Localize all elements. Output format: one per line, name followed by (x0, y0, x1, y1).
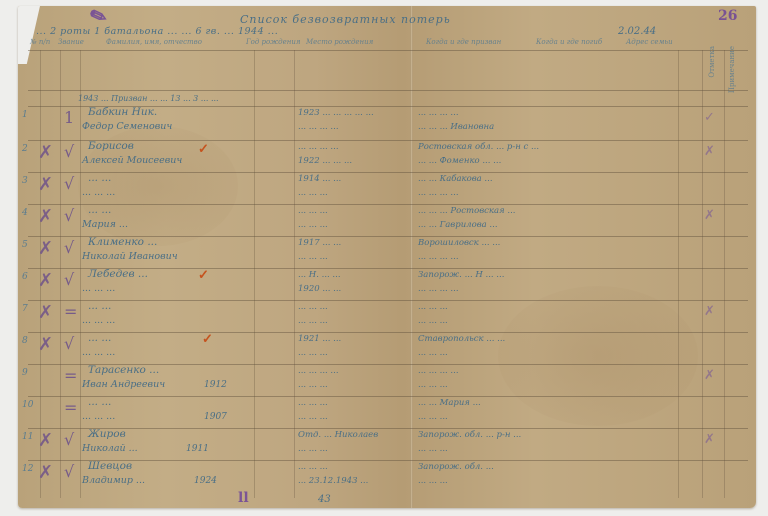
birth-year: 1924 (194, 476, 217, 486)
cross-mark: ✗ (38, 302, 53, 323)
header-row-text: 1943 ... Призван ... ... 13 ... 3 ... ..… (78, 94, 219, 103)
row-number: 9 (22, 368, 28, 378)
column-header: Когда и где погиб (536, 38, 602, 46)
row-number: 1 (22, 110, 28, 120)
red-check-mark: ✓ (202, 332, 213, 347)
family-address: ... ... Фоменко ... ... (418, 156, 501, 166)
given-name: Николай ... (82, 443, 138, 454)
right-mark: ✗ (704, 144, 715, 159)
given-name: Владимир ... (82, 475, 145, 486)
given-name: Николай Иванович (82, 251, 178, 262)
conscription-info: ... ... ... ... (418, 108, 459, 118)
cross-mark: ✗ (38, 462, 53, 483)
cross-mark: ✗ (38, 142, 53, 163)
family-address: ... ... Гаврилова ... (418, 220, 498, 230)
given-name: ... ... ... (82, 187, 115, 198)
check-mark: = (64, 366, 77, 385)
birth-place-2: ... ... ... (298, 380, 328, 390)
check-mark: √ (64, 206, 74, 225)
given-name: Иван Андреевич (82, 379, 165, 390)
given-name: ... ... ... (82, 315, 115, 326)
footer-mark-center: 43 (318, 494, 331, 505)
check-mark: √ (64, 270, 74, 289)
cross-mark: ✗ (38, 238, 53, 259)
table-row: 4 ✗ √ ... ... Мария ... ... ... ... ... … (18, 204, 756, 236)
column-header: Год рождения (246, 38, 301, 46)
row-number: 2 (22, 144, 28, 154)
column-header: Когда и где призван (426, 38, 501, 46)
given-name: ... ... ... (82, 283, 115, 294)
check-mark: √ (64, 142, 74, 161)
rotated-header: Примечание (728, 46, 736, 93)
birth-place: ... ... ... (298, 398, 328, 408)
table-row: 3 ✗ √ ... ... ... ... ... 1914 ... ... .… (18, 172, 756, 204)
column-header: № п/п (30, 38, 50, 46)
table-row: 9 = Тарасенко ... Иван Андреевич 1912 ..… (18, 364, 756, 396)
birth-place: ... ... ... (298, 206, 328, 216)
row-number: 5 (22, 240, 28, 250)
cross-mark: ✗ (38, 270, 53, 291)
red-check-mark: ✓ (198, 142, 209, 157)
birth-place: 1921 ... ... (298, 334, 341, 344)
table-row: 11 ✗ √ Жиров Николай ... 1911 Отд. ... Н… (18, 428, 756, 460)
family-address: ... ... ... (418, 380, 448, 390)
check-mark: 1 (64, 108, 74, 127)
surname: ... ... (88, 396, 111, 408)
surname: ... ... (88, 204, 111, 216)
document-date: 2.02.44 (618, 26, 656, 37)
right-mark: ✗ (704, 304, 715, 319)
conscription-info: Ворошиловск ... ... (418, 238, 500, 248)
cross-mark: ✗ (38, 430, 53, 451)
cross-mark: ✗ (38, 206, 53, 227)
family-address: ... ... ... ... (418, 252, 459, 262)
birth-place-2: ... ... ... (298, 348, 328, 358)
birth-place-2: ... ... ... (298, 316, 328, 326)
row-number: 7 (22, 304, 28, 314)
given-name: Федор Семенович (82, 121, 172, 132)
check-mark: √ (64, 334, 74, 353)
surname: Тарасенко ... (88, 364, 159, 376)
given-name: ... ... ... (82, 411, 115, 422)
cross-mark: ✗ (38, 174, 53, 195)
birth-place: ... ... ... (298, 462, 328, 472)
surname: ... ... (88, 332, 111, 344)
family-address: ... ... ... (418, 476, 448, 486)
check-mark: √ (64, 462, 74, 481)
surname: Лебедев ... (88, 268, 148, 280)
given-name: Алексей Моисеевич (82, 155, 182, 166)
surname: Клименко ... (88, 236, 157, 248)
check-mark: √ (64, 238, 74, 257)
family-address: ... ... ... (418, 316, 448, 326)
birth-place-2: ... ... ... (298, 188, 328, 198)
conscription-info: ... ... Мария ... (418, 398, 481, 408)
surname: Борисов (88, 140, 134, 152)
birth-place-2: ... ... ... (298, 444, 328, 454)
table-row: 1 1 Бабкин Ник. Федор Семенович 1923 ...… (18, 106, 756, 140)
document-subtitle: ... 2 роты 1 батальона ... ... 6 гв. ...… (36, 26, 278, 37)
birth-place-2: 1920 ... ... (298, 284, 341, 294)
given-name: ... ... ... (82, 347, 115, 358)
birth-place: ... ... ... ... (298, 142, 339, 152)
ruled-line (28, 90, 748, 91)
conscription-info: Ставропольск ... ... (418, 334, 505, 344)
row-number: 8 (22, 336, 28, 346)
archival-document-sheet: ✎ 26 Список безвозвратных потерь ... 2 р… (18, 6, 756, 508)
birth-place: Отд. ... Николаев (298, 430, 378, 440)
row-number: 11 (22, 432, 33, 442)
row-number: 10 (22, 400, 33, 410)
birth-place: ... ... ... ... (298, 366, 339, 376)
check-mark: √ (64, 174, 74, 193)
family-address: ... ... ... (418, 444, 448, 454)
page-number-mark: 26 (718, 8, 737, 24)
given-name: Мария ... (82, 219, 128, 230)
conscription-info: ... ... ... Ростовская ... (418, 206, 515, 216)
family-address: ... ... ... ... (418, 284, 459, 294)
conscription-info: ... ... Кабакова ... (418, 174, 493, 184)
table-row: 8 ✗ √ ... ... ✓ ... ... ... 1921 ... ...… (18, 332, 756, 364)
birth-place: 1914 ... ... (298, 174, 341, 184)
table-row: 2 ✗ √ Борисов ✓ Алексей Моисеевич ... ..… (18, 140, 756, 172)
row-number: 6 (22, 272, 28, 282)
conscription-info: Запорож. обл. ... (418, 462, 494, 472)
cross-mark: ✗ (38, 334, 53, 355)
surname: Бабкин Ник. (88, 106, 157, 118)
birth-place-2: ... ... ... (298, 220, 328, 230)
column-header: Адрес семьи (626, 38, 673, 46)
check-mark: = (64, 302, 77, 321)
footer-mark-left: ll (238, 490, 249, 506)
family-address: ... ... ... Ивановна (418, 122, 494, 132)
right-mark: ✓ (704, 110, 715, 125)
surname: Шевцов (88, 460, 132, 472)
row-number: 3 (22, 176, 28, 186)
birth-year: 1912 (204, 380, 227, 390)
birth-year: 1911 (186, 444, 209, 454)
red-check-mark: ✓ (198, 268, 209, 283)
birth-place: 1923 ... ... ... ... ... (298, 108, 374, 118)
birth-place: 1917 ... ... (298, 238, 341, 248)
right-mark: ✗ (704, 368, 715, 383)
birth-place: ... ... ... (298, 302, 328, 312)
surname: ... ... (88, 172, 111, 184)
row-number: 12 (22, 464, 33, 474)
column-headers: № п/п Звание Фамилия, имя, отчество Год … (26, 38, 746, 72)
document-title: Список безвозвратных потерь (240, 13, 451, 26)
column-header: Фамилия, имя, отчество (106, 38, 202, 46)
birth-place-2: ... 23.12.1943 ... (298, 476, 368, 486)
family-address: ... ... ... (418, 348, 448, 358)
row-number: 4 (22, 208, 28, 218)
column-header: Место рождения (306, 38, 373, 46)
conscription-info: ... ... ... (418, 302, 448, 312)
surname: Жиров (88, 428, 126, 440)
conscription-info: ... ... ... ... (418, 366, 459, 376)
check-mark: = (64, 398, 77, 417)
conscription-info: Запорож. обл. ... р-н ... (418, 430, 521, 440)
table-row: 6 ✗ √ Лебедев ... ✓ ... ... ... ... Н. .… (18, 268, 756, 300)
birth-place-2: 1922 ... ... ... (298, 156, 352, 166)
right-mark: ✗ (704, 208, 715, 223)
family-address: ... ... ... (418, 412, 448, 422)
column-header: Звание (58, 38, 84, 46)
conscription-info: Запорож. ... Н ... ... (418, 270, 504, 280)
birth-place: ... Н. ... ... (298, 270, 341, 280)
birth-place-2: ... ... ... (298, 412, 328, 422)
table-row: 7 ✗ = ... ... ... ... ... ... ... ... ..… (18, 300, 756, 332)
check-mark: √ (64, 430, 74, 449)
table-row: 12 ✗ √ Шевцов Владимир ... 1924 ... ... … (18, 460, 756, 492)
right-mark: ✗ (704, 432, 715, 447)
birth-place-2: ... ... ... ... (298, 122, 339, 132)
ruled-line (28, 50, 748, 51)
conscription-info: Ростовская обл. ... р-н с ... (418, 142, 539, 152)
surname: ... ... (88, 300, 111, 312)
family-address: ... ... ... ... (418, 188, 459, 198)
birth-place-2: ... ... ... (298, 252, 328, 262)
birth-year: 1907 (204, 412, 227, 422)
table-row: 10 = ... ... ... ... ... 1907 ... ... ..… (18, 396, 756, 428)
table-row: 5 ✗ √ Клименко ... Николай Иванович 1917… (18, 236, 756, 268)
